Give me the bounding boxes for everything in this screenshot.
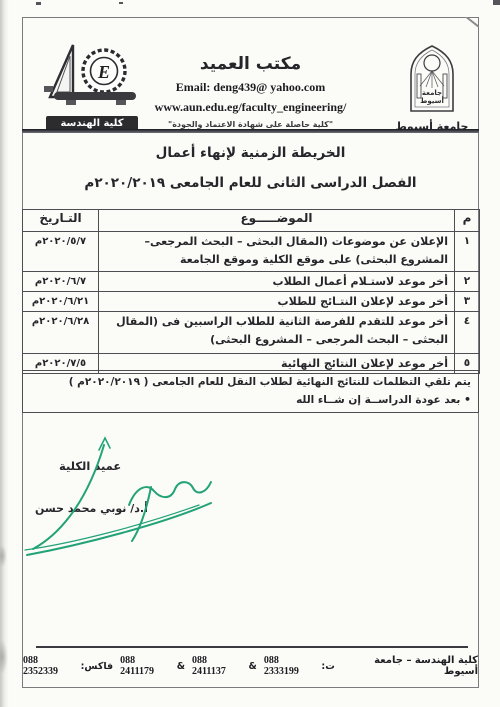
document-title-line1: الخريطة الزمنية لإنهاء أعمال (23, 145, 478, 161)
col-header-subject: الموضـــــوع (99, 210, 455, 232)
notes-line2: • بعد عودة الدراســة إن شــاء الله (30, 391, 471, 409)
schedule-table: م الموضـــــوع التـاريخ ١ الإعلان عن موض… (22, 209, 480, 374)
col-header-date: التـاريخ (23, 210, 99, 232)
accreditation-note: "كلية حاصلة على شهادة الاعتماد والجودة" (116, 120, 386, 129)
ampersand: & (177, 661, 185, 672)
emblem-letter: E (97, 62, 110, 82)
notes-line2-text: بعد عودة الدراســة إن شــاء الله (296, 394, 460, 406)
table-row: ٢ أخر موعد لاستـلام أعمال الطلاب ٢٠٢٠/٦/… (23, 272, 480, 292)
emblem-text-2: أسيوط (420, 96, 444, 105)
footer-fax-label: فاكس: (81, 661, 114, 672)
document-title-line2: الفصل الدراسى الثانى للعام الجامعى ٢٠٢٠/… (23, 175, 478, 191)
row-serial: ٢ (455, 272, 480, 292)
page-fold-mark (465, 17, 479, 31)
footer-fax-number: 088 2352339 (23, 655, 74, 677)
scan-smudge (0, 545, 7, 567)
office-title: مكتب العميد (116, 54, 386, 74)
row-subject: أخر موعد لإعلان النتـائج للطلاب (99, 292, 455, 312)
header-center: مكتب العميد Email: deng439@ yahoo.com ww… (116, 54, 386, 129)
scan-artifact (36, 2, 41, 5)
table-row: ٣ أخر موعد لإعلان النتـائج للطلاب ٢٠٢٠/٦… (23, 292, 480, 312)
row-serial: ١ (455, 232, 480, 272)
page-border-frame: E كلية الهندسة مكتب العميد Email: deng43… (22, 17, 479, 688)
table-row: ٤ أخر موعد للتقدم للفرصة الثانية للطلاب … (23, 312, 480, 354)
footer-tel-label: ت: (321, 661, 334, 672)
footer-divider-line (36, 646, 468, 648)
footer-org: كلية الهندسة – جامعة أسيوط (342, 655, 478, 677)
emblem-text-1: جامعة (422, 89, 442, 97)
notes-box: يتم تلقي التظلمات للنتائج النهائية لطلاب… (22, 370, 479, 413)
assiut-university-emblem-icon: جامعة أسيوط (404, 44, 460, 114)
university-logo: جامعة أسيوط جامعة أسيوط (394, 44, 470, 133)
email-line: Email: deng439@ yahoo.com (116, 81, 386, 94)
website-line: www.aun.edu.eg/faculty_engineering/ (116, 101, 386, 114)
row-subject: أخر موعد لاستـلام أعمال الطلاب (99, 272, 455, 292)
footer-contact-line: كلية الهندسة – جامعة أسيوط ت: 088 233319… (23, 655, 478, 677)
row-serial: ٣ (455, 292, 480, 312)
handwritten-signature (23, 431, 238, 561)
scanner-edge-shadow (0, 0, 9, 707)
row-serial: ٤ (455, 312, 480, 354)
signature-name: أ.د/ نوبي محمد حسن (35, 502, 148, 515)
row-date: ٢٠٢٠/٥/٧م (23, 232, 99, 272)
footer-phone-2: 088 2411137 (192, 655, 242, 677)
row-subject: أخر موعد للتقدم للفرصة الثانية للطلاب ال… (99, 312, 455, 354)
table-row: ١ الإعلان عن موضوعات (المقال البحثى – ال… (23, 232, 480, 272)
scan-artifact (493, 0, 500, 5)
table-header-row: م الموضـــــوع التـاريخ (23, 210, 480, 232)
notes-line1: يتم تلقي التظلمات للنتائج النهائية لطلاب… (30, 374, 471, 391)
scan-smudge (0, 640, 8, 674)
col-header-serial: م (455, 210, 480, 232)
signature-role-title: عميد الكلية (59, 459, 121, 473)
row-date: ٢٠٢٠/٦/٢٨م (23, 312, 99, 354)
row-date: ٢٠٢٠/٦/٧م (23, 272, 99, 292)
footer-phone-3: 088 2411179 (120, 655, 170, 677)
scan-artifact (119, 2, 123, 4)
header-divider-bar (22, 129, 479, 133)
ampersand: & (249, 661, 257, 672)
row-subject: الإعلان عن موضوعات (المقال البحثى – البح… (99, 232, 455, 272)
footer-phone-1: 088 2333199 (264, 655, 315, 677)
scanned-document: { "header": { "office_title": "مكتب العم… (0, 0, 500, 707)
bullet-icon: • (464, 393, 471, 406)
row-date: ٢٠٢٠/٦/٢١م (23, 292, 99, 312)
